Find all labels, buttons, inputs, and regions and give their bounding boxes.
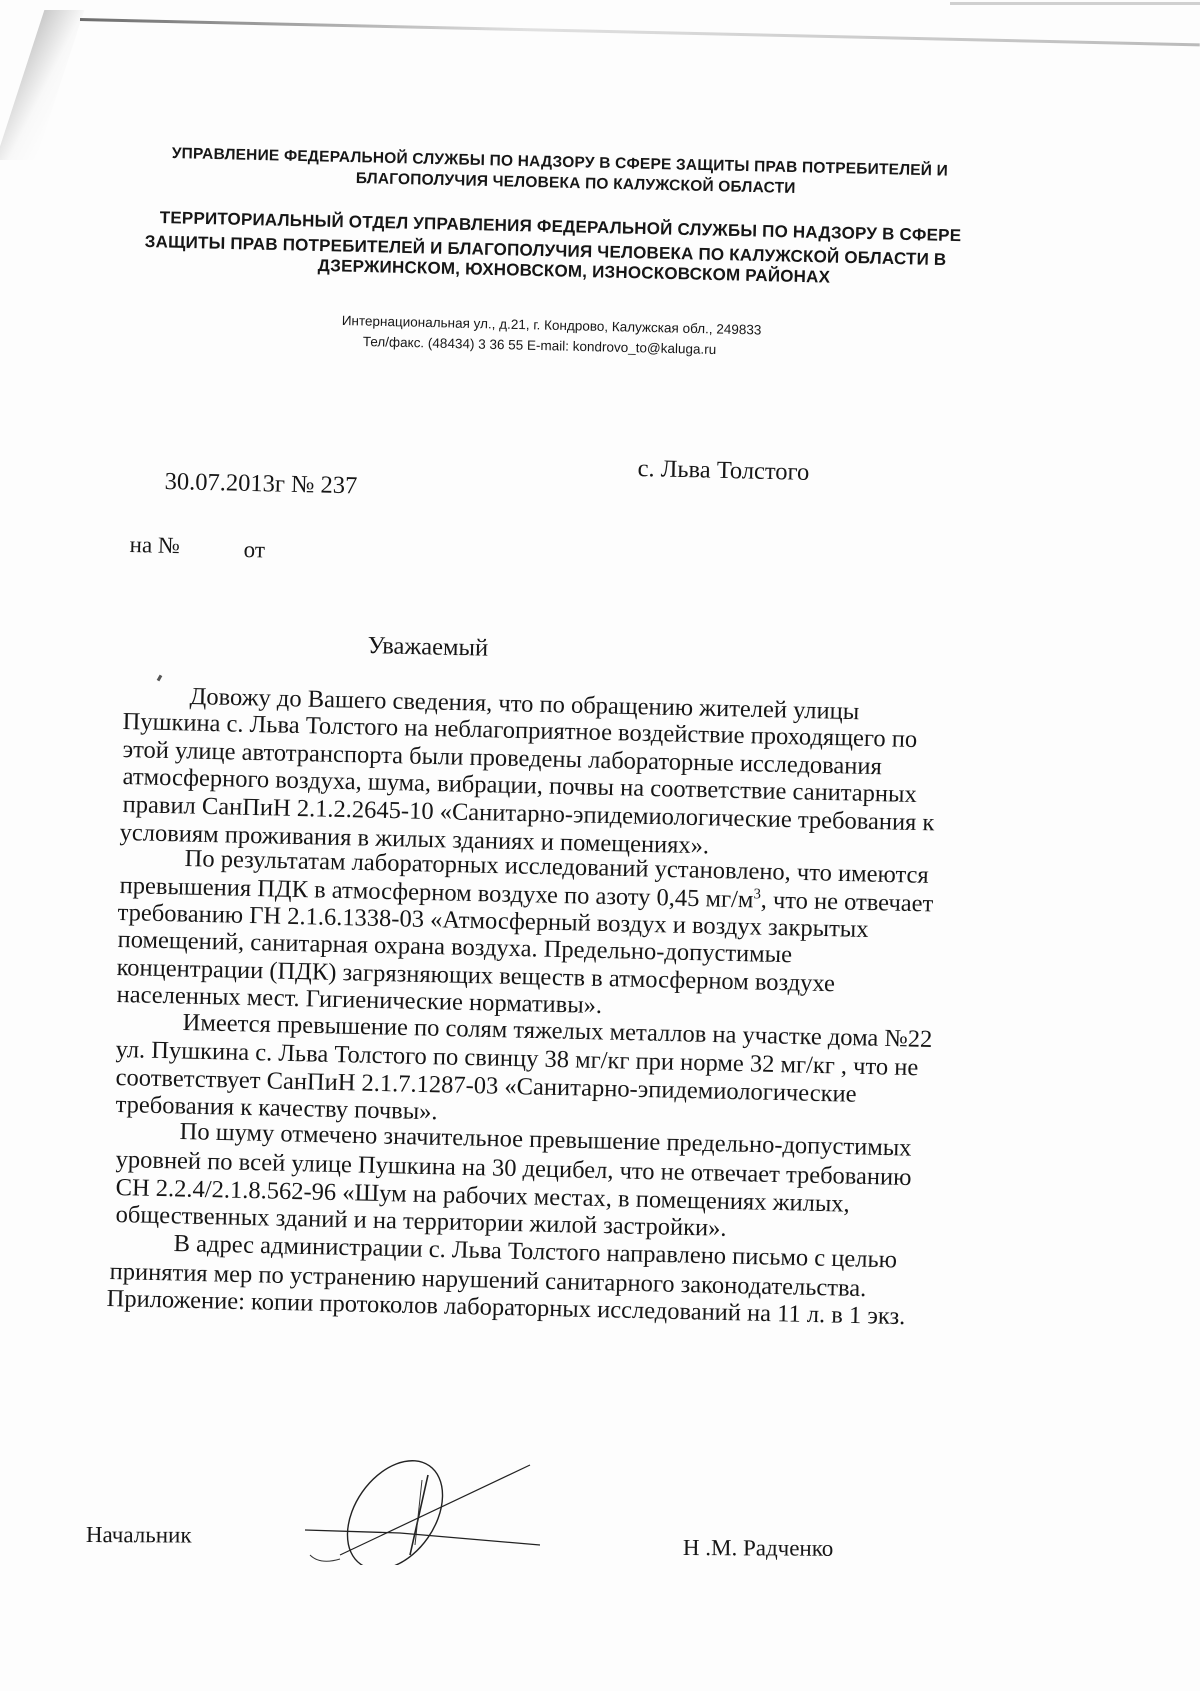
scanned-letter-page: УПРАВЛЕНИЕ ФЕДЕРАЛЬНОЙ СЛУЖБЫ ПО НАДЗОРУ… <box>0 0 1200 1691</box>
date-and-number: 30.07.2013г № 237 <box>164 468 357 500</box>
salutation: Уважаемый <box>367 632 488 663</box>
place-of-issue: с. Льва Толстого <box>637 455 809 487</box>
scan-speck <box>157 675 163 682</box>
reference-number-label: на № <box>129 532 180 559</box>
address-line: Интернациональная ул., д.21, г. Кондрово… <box>342 313 762 338</box>
handwritten-signature <box>300 1455 560 1565</box>
scan-top-stroke <box>80 18 1200 46</box>
scan-edge-shadow <box>0 10 84 160</box>
signatory-name: Н .М. Радченко <box>683 1535 833 1562</box>
signatory-position: Начальник <box>86 1522 192 1549</box>
contact-line: Тел/факс. (48434) 3 36 55 E-mail: kondro… <box>363 334 717 357</box>
scan-top-stroke-right <box>950 2 1200 5</box>
reference-from-label: от <box>243 537 265 563</box>
